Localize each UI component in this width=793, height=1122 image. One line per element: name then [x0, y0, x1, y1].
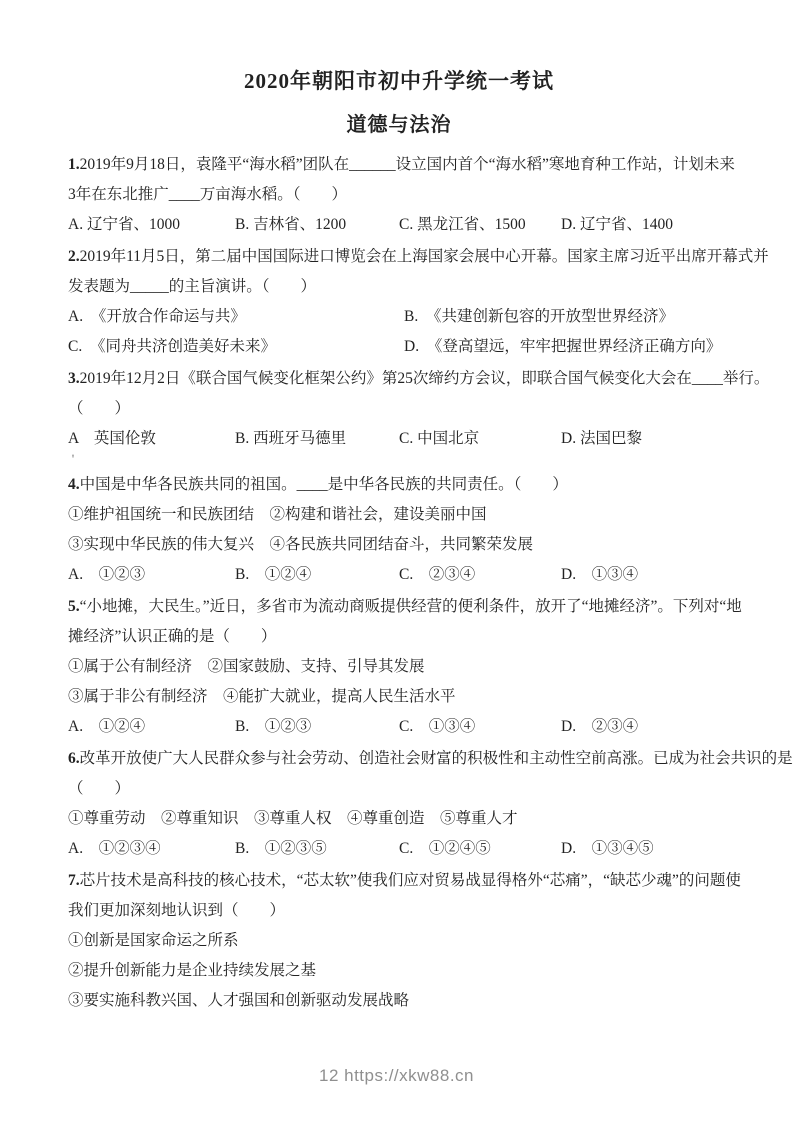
question-1-option-C: C. 黑龙江省、1500 [399, 210, 526, 240]
question-2-options-row: A. 《开放合作命运与共》B. 《共建创新包容的开放型世界经济》 [68, 302, 730, 332]
question-4-number: 4. [68, 476, 80, 493]
question-4-text-line: ③实现中华民族的伟大复兴 ④各民族共同团结奋斗，共同繁荣发展 [68, 530, 730, 560]
question-5-option-B: B. ①②③ [235, 712, 311, 742]
question-5-option-A: A. ①②④ [68, 712, 145, 742]
question-1-stem-text: 2019年9月18日，袁隆平“海水稻”团队在______设立国内首个“海水稻”寒… [80, 156, 735, 173]
question-7-number: 7. [68, 872, 80, 889]
question-1-options-row: A. 辽宁省、1000B. 吉林省、1200C. 黑龙江省、1500D. 辽宁省… [68, 210, 730, 240]
question-3-option-A: A 英国伦敦 [68, 424, 156, 454]
question-6-option-A: A. ①②③④ [68, 834, 161, 864]
question-5-stem-text: “小地摊，大民生。”近日，多省市为流动商贩提供经营的便利条件，放开了“地摊经济”… [80, 598, 742, 615]
question-7-text-line: ③要实施科教兴国、人才强国和创新驱动发展战略 [68, 986, 730, 1016]
question-3-stem-text: 2019年12月2日《联合国气候变化框架公约》第25次缔约方会议，即联合国气候变… [80, 370, 770, 387]
question-5-text-line: 摊经济”认识正确的是（ ） [68, 622, 730, 652]
question-1-option-D: D. 辽宁省、1400 [561, 210, 673, 240]
question-5-number: 5. [68, 598, 80, 615]
question-3-options-row: A 英国伦敦B. 西班牙马德里C. 中国北京D. 法国巴黎 [68, 424, 730, 454]
question-2-stem-line: 2.2019年11月5日，第二届中国国际进口博览会在上海国家会展中心开幕。国家主… [68, 242, 730, 272]
question-1: 1.2019年9月18日，袁隆平“海水稻”团队在______设立国内首个“海水稻… [68, 150, 730, 240]
exam-paper-page: 2020年朝阳市初中升学统一考试 道德与法治 1.2019年9月18日，袁隆平“… [0, 0, 793, 1122]
question-2-number: 2. [68, 248, 80, 265]
question-2-stem-text: 2019年11月5日，第二届中国国际进口博览会在上海国家会展中心开幕。国家主席习… [80, 248, 769, 265]
question-3-stem-line: 3.2019年12月2日《联合国气候变化框架公约》第25次缔约方会议，即联合国气… [68, 364, 730, 394]
question-3-option-C: C. 中国北京 [399, 424, 479, 454]
question-1-option-A: A. 辽宁省、1000 [68, 210, 180, 240]
question-3-number: 3. [68, 370, 80, 387]
question-3-text-line: （ ） [68, 394, 730, 424]
question-4-stem-line: 4.中国是中华各民族共同的祖国。____是中华各民族的共同责任。（ ） [68, 470, 730, 500]
question-7: 7.芯片技术是高科技的核心技术，“芯太软”使我们应对贸易战显得格外“芯痛”，“缺… [68, 866, 730, 1016]
question-5-text-line: ①属于公有制经济 ②国家鼓励、支持、引导其发展 [68, 652, 730, 682]
question-3-scan-artifact: ＇ [68, 454, 730, 468]
question-5: 5.“小地摊，大民生。”近日，多省市为流动商贩提供经营的便利条件，放开了“地摊经… [68, 592, 730, 742]
question-5-text-line: ③属于非公有制经济 ④能扩大就业，提高人民生活水平 [68, 682, 730, 712]
question-6-stem-text: 改革开放使广大人民群众参与社会劳动、创造社会财富的积极性和主动性空前高涨。已成为… [80, 750, 793, 767]
question-4-stem-text: 中国是中华各民族共同的祖国。____是中华各民族的共同责任。（ ） [80, 476, 568, 493]
question-4-option-A: A. ①②③ [68, 560, 145, 590]
question-6-option-C: C. ①②④⑤ [399, 834, 491, 864]
questions-list: 1.2019年9月18日，袁隆平“海水稻”团队在______设立国内首个“海水稻… [68, 150, 730, 1016]
page-subtitle: 道德与法治 [68, 110, 730, 140]
question-4-option-D: D. ①③④ [561, 560, 638, 590]
question-5-option-D: D. ②③④ [561, 712, 638, 742]
question-7-stem-line: 7.芯片技术是高科技的核心技术，“芯太软”使我们应对贸易战显得格外“芯痛”，“缺… [68, 866, 730, 896]
question-6-option-B: B. ①②③⑤ [235, 834, 327, 864]
question-2-option-C: C. 《同舟共济创造美好未来》 [68, 332, 276, 362]
question-1-stem-line: 1.2019年9月18日，袁隆平“海水稻”团队在______设立国内首个“海水稻… [68, 150, 730, 180]
question-2: 2.2019年11月5日，第二届中国国际进口博览会在上海国家会展中心开幕。国家主… [68, 242, 730, 362]
question-7-text-line: 我们更加深刻地认识到（ ） [68, 896, 730, 926]
question-7-text-line: ①创新是国家命运之所系 [68, 926, 730, 956]
question-2-text-line: 发表题为_____的主旨演讲。（ ） [68, 272, 730, 302]
question-1-number: 1. [68, 156, 80, 173]
question-7-text-line: ②提升创新能力是企业持续发展之基 [68, 956, 730, 986]
question-1-text-line: 3年在东北推广____万亩海水稻。（ ） [68, 180, 730, 210]
question-3-option-D: D. 法国巴黎 [561, 424, 642, 454]
question-6-stem-line: 6.改革开放使广大人民群众参与社会劳动、创造社会财富的积极性和主动性空前高涨。已… [68, 744, 730, 774]
question-7-stem-text: 芯片技术是高科技的核心技术，“芯太软”使我们应对贸易战显得格外“芯痛”，“缺芯少… [80, 872, 741, 889]
page-title: 2020年朝阳市初中升学统一考试 [68, 64, 730, 98]
question-4-text-line: ①维护祖国统一和民族团结 ②构建和谐社会，建设美丽中国 [68, 500, 730, 530]
question-1-option-B: B. 吉林省、1200 [235, 210, 346, 240]
question-6-text-line: ①尊重劳动 ②尊重知识 ③尊重人权 ④尊重创造 ⑤尊重人才 [68, 804, 730, 834]
question-2-options-row: C. 《同舟共济创造美好未来》D. 《登高望远，牢牢把握世界经济正确方向》 [68, 332, 730, 362]
question-5-stem-line: 5.“小地摊，大民生。”近日，多省市为流动商贩提供经营的便利条件，放开了“地摊经… [68, 592, 730, 622]
question-5-option-C: C. ①③④ [399, 712, 475, 742]
question-3: 3.2019年12月2日《联合国气候变化框架公约》第25次缔约方会议，即联合国气… [68, 364, 730, 468]
question-6-option-D: D. ①③④⑤ [561, 834, 654, 864]
question-6-text-line: （ ） [68, 774, 730, 804]
question-6-number: 6. [68, 750, 80, 767]
question-5-options-row: A. ①②④B. ①②③C. ①③④D. ②③④ [68, 712, 730, 742]
question-6: 6.改革开放使广大人民群众参与社会劳动、创造社会财富的积极性和主动性空前高涨。已… [68, 744, 730, 864]
question-4-option-C: C. ②③④ [399, 560, 475, 590]
question-2-option-A: A. 《开放合作命运与共》 [68, 302, 246, 332]
question-2-option-D: D. 《登高望远，牢牢把握世界经济正确方向》 [404, 332, 721, 362]
question-4: 4.中国是中华各民族共同的祖国。____是中华各民族的共同责任。（ ）①维护祖国… [68, 470, 730, 590]
page-footer: 12 https://xkw88.cn [0, 1066, 793, 1086]
page-content: 2020年朝阳市初中升学统一考试 道德与法治 1.2019年9月18日，袁隆平“… [68, 64, 730, 1018]
question-2-option-B: B. 《共建创新包容的开放型世界经济》 [404, 302, 674, 332]
question-4-option-B: B. ①②④ [235, 560, 311, 590]
question-6-options-row: A. ①②③④B. ①②③⑤C. ①②④⑤D. ①③④⑤ [68, 834, 730, 864]
question-4-options-row: A. ①②③B. ①②④C. ②③④D. ①③④ [68, 560, 730, 590]
question-3-option-B: B. 西班牙马德里 [235, 424, 346, 454]
